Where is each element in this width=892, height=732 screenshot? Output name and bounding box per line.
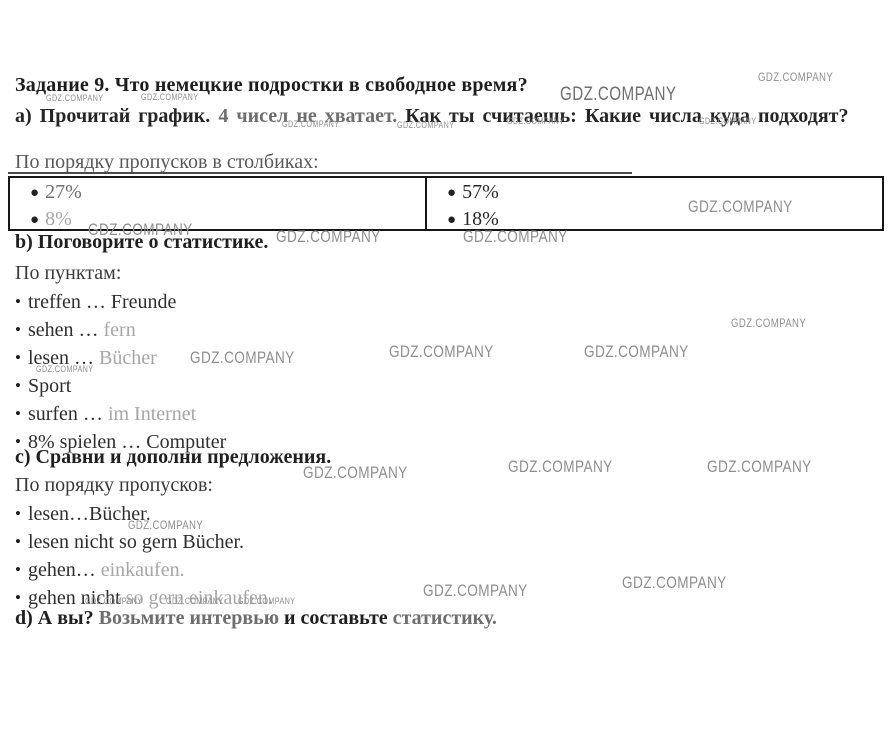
- watermark: GDZ.COMPANY: [128, 519, 203, 531]
- section-d-part4: статистику.: [393, 607, 497, 629]
- watermark: GDZ.COMPANY: [190, 349, 295, 366]
- section-a-intro: По порядку пропусков в столбиках:: [15, 151, 319, 174]
- watermark: GDZ.COMPANY: [560, 85, 676, 104]
- watermark: GDZ.COMPANY: [85, 597, 142, 606]
- worksheet-page: Задание 9. Что немецкие подростки в своб…: [0, 0, 892, 732]
- watermark: GDZ.COMPANY: [389, 343, 494, 360]
- bullet-icon: ●: [30, 212, 39, 228]
- watermark: GDZ.COMPANY: [141, 93, 198, 102]
- answers-table-left-column: ●27% ●8%: [10, 178, 427, 229]
- section-c-heading: c) Сравни и дополни предложения.: [15, 446, 331, 469]
- watermark: GDZ.COMPANY: [699, 117, 756, 126]
- answer-value: 8%: [45, 208, 72, 230]
- item-text-faded: Bücher: [99, 347, 157, 369]
- section-a-heading-part3: Как ты считаешь: Какие числа куда подход…: [405, 105, 848, 127]
- section-b-intro: По пунктам:: [15, 262, 121, 285]
- list-item: gehen… einkaufen.: [15, 556, 273, 584]
- section-d-part3: и составьте: [284, 607, 393, 629]
- watermark: GDZ.COMPANY: [463, 228, 568, 245]
- item-text-faded: fern: [104, 319, 136, 341]
- watermark: GDZ.COMPANY: [688, 198, 793, 215]
- section-c-intro: По порядку пропусков:: [15, 474, 213, 497]
- watermark: GDZ.COMPANY: [758, 71, 833, 83]
- answers-table-right-column: ●57% ●18%: [427, 178, 882, 229]
- section-d-part1: d) А вы?: [15, 607, 99, 629]
- watermark: GDZ.COMPANY: [423, 582, 528, 599]
- watermark: GDZ.COMPANY: [238, 597, 295, 606]
- watermark: GDZ.COMPANY: [508, 458, 613, 475]
- list-item: treffen … Freunde: [15, 288, 226, 316]
- bullet-icon: ●: [447, 212, 456, 228]
- item-text-faded: einkaufen.: [101, 559, 185, 581]
- answer-value: 27%: [45, 181, 82, 203]
- item-text: surfen …: [28, 403, 108, 425]
- list-item: sehen … fern: [15, 316, 226, 344]
- bullet-icon: ●: [447, 185, 456, 201]
- watermark: GDZ.COMPANY: [584, 343, 689, 360]
- item-text: gehen…: [28, 559, 101, 581]
- list-item: lesen nicht so gern Bücher.: [15, 528, 273, 556]
- section-d-part2: Возьмите интервью: [99, 607, 284, 629]
- table-row: ●57%: [447, 179, 882, 206]
- answer-value: 57%: [462, 181, 499, 203]
- watermark: GDZ.COMPANY: [707, 458, 812, 475]
- watermark: GDZ.COMPANY: [166, 597, 223, 606]
- watermark: GDZ.COMPANY: [88, 221, 193, 238]
- watermark: GDZ.COMPANY: [397, 121, 454, 130]
- watermark: GDZ.COMPANY: [622, 574, 727, 591]
- intro-underline: [8, 172, 632, 174]
- bullet-icon: ●: [30, 185, 39, 201]
- watermark: GDZ.COMPANY: [507, 117, 564, 126]
- section-c-list: lesen…Bücher. lesen nicht so gern Bücher…: [15, 500, 273, 612]
- list-item: Sport: [15, 372, 226, 400]
- item-text: Sport: [28, 375, 71, 397]
- item-text: treffen … Freunde: [28, 291, 176, 313]
- watermark: GDZ.COMPANY: [303, 464, 408, 481]
- item-text-faded: im Internet: [108, 403, 196, 425]
- list-item: surfen … im Internet: [15, 400, 226, 428]
- watermark: GDZ.COMPANY: [731, 317, 806, 329]
- section-a-heading-part1: а) Прочитай график.: [15, 105, 218, 127]
- watermark: GDZ.COMPANY: [46, 94, 103, 103]
- item-text: sehen …: [28, 319, 104, 341]
- section-d-heading: d) А вы? Возьмите интервью и составьте с…: [15, 607, 497, 630]
- item-text: lesen nicht so gern Bücher.: [28, 531, 244, 553]
- watermark: GDZ.COMPANY: [276, 228, 381, 245]
- table-row: ●27%: [30, 179, 425, 206]
- watermark: GDZ.COMPANY: [282, 120, 339, 129]
- watermark: GDZ.COMPANY: [36, 365, 93, 374]
